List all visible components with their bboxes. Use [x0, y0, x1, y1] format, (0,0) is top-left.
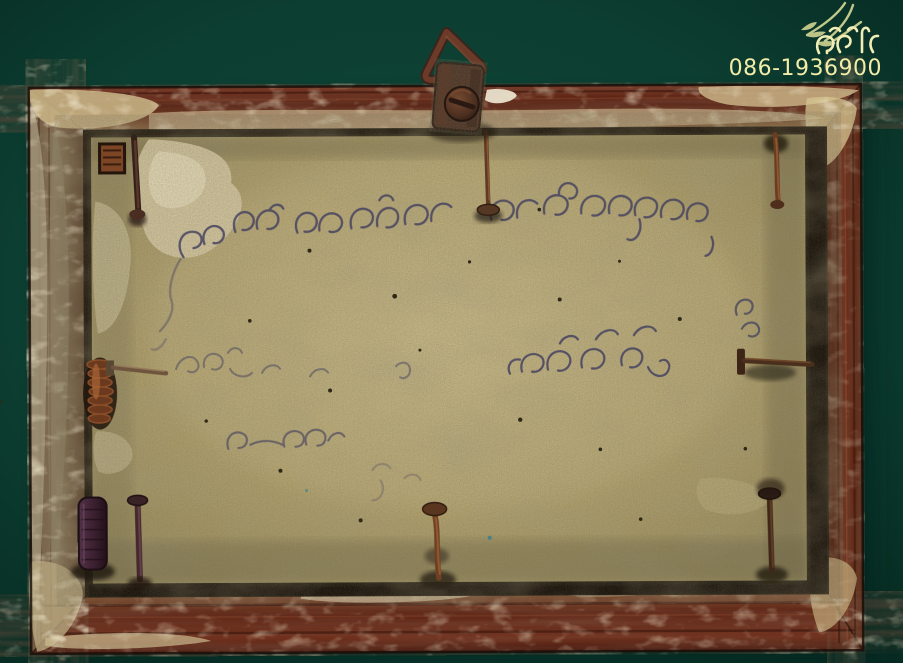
photo-back-of-frame: mitred red-brown wooden frame, heavily w… [0, 0, 903, 663]
artwork: mitred red-brown wooden frame, heavily w… [0, 30, 875, 663]
copper-scrap: small copper-coloured scrap near the top… [98, 142, 126, 174]
phone-number: 086-1936900 [729, 56, 882, 81]
hanger-screw [445, 87, 479, 121]
backing-board: aged khaki backing board with stains, pl… [0, 134, 807, 584]
